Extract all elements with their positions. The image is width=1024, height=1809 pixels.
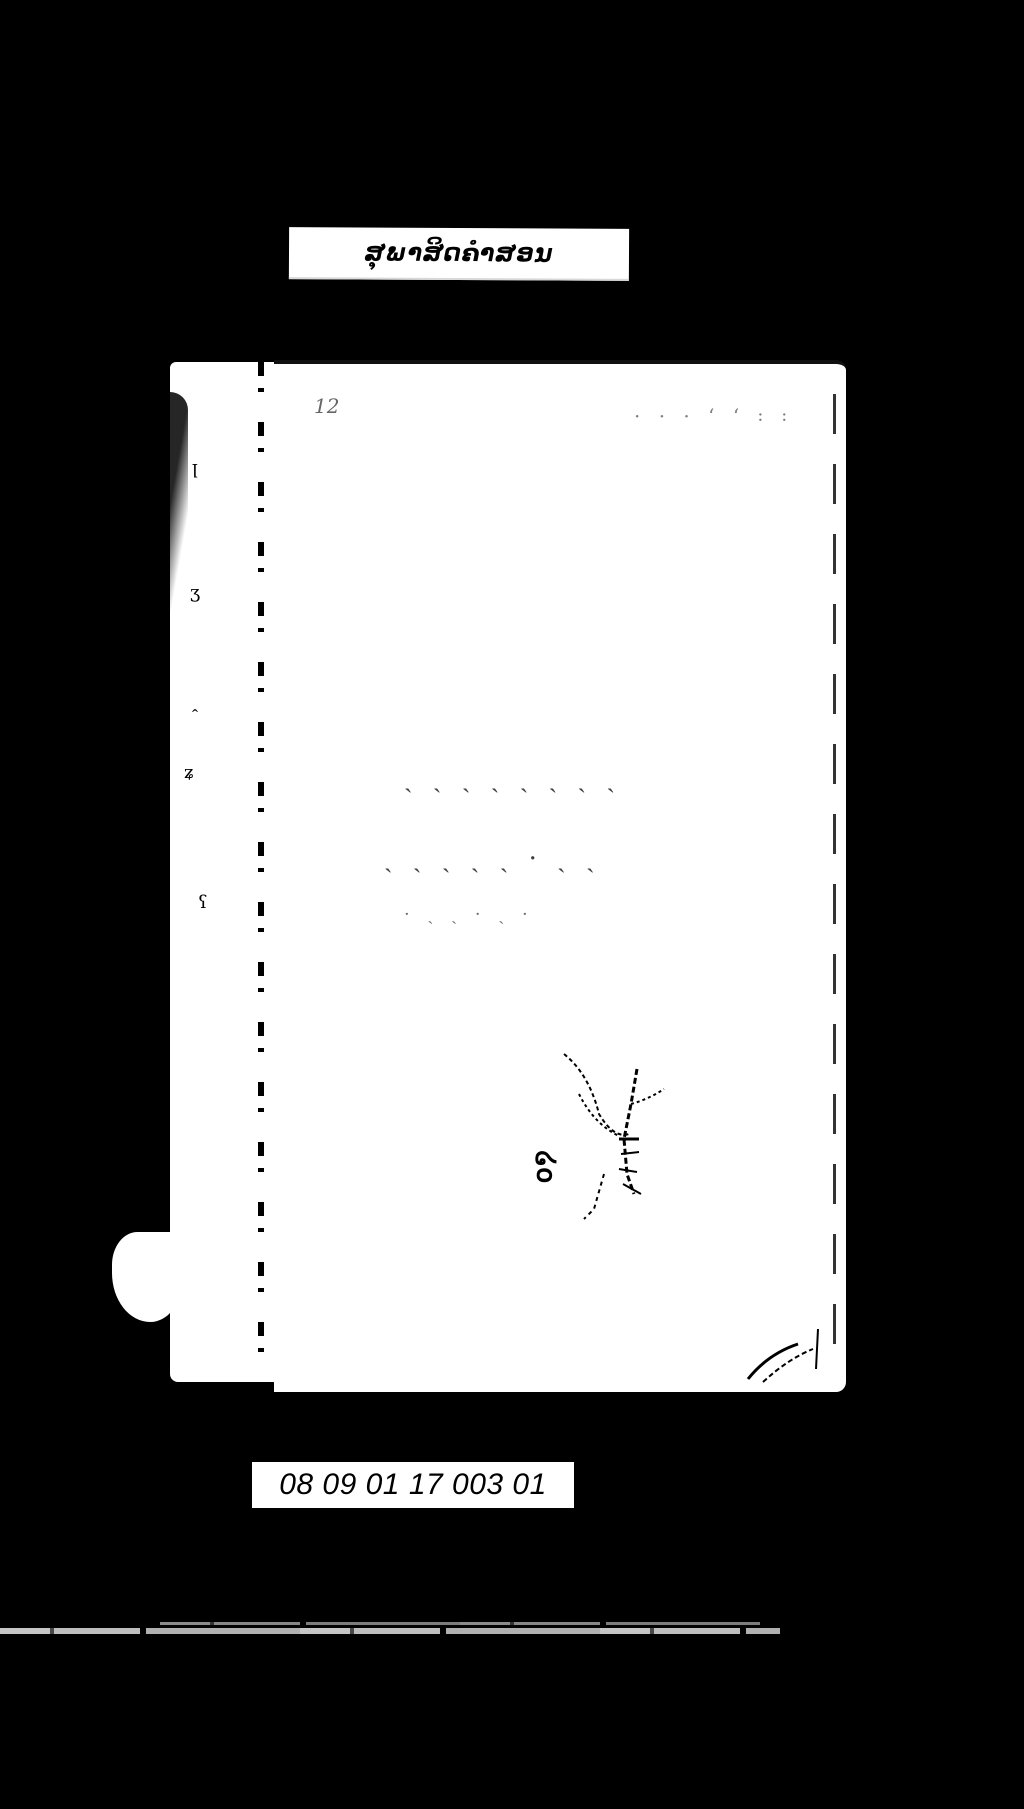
drawn-figure-icon: [559, 1044, 679, 1224]
catalog-number-label: 08 09 01 17 003 01: [252, 1462, 574, 1508]
manuscript-scan: ꞁ ʒ ꞈ ʑ ʕ 12 · · · ʻ ʻ ꞉ ꞉ ˎ ˏ ˎ ˏ ˏ ˎ ˏ…: [170, 360, 852, 1390]
spine-mark: ꞁ: [192, 457, 198, 478]
spine-mark: ʕ: [198, 892, 208, 913]
scan-artifact-line: [0, 1628, 780, 1634]
torn-flap: [112, 1232, 182, 1322]
page-number: ໒໐: [531, 1150, 561, 1183]
manuscript-cover: 12 · · · ʻ ʻ ꞉ ꞉ ˎ ˏ ˎ ˏ ˏ ˎ ˏ ˎ ˎ ˏ ˎ ˏ…: [274, 360, 846, 1392]
inscription-line-3: · ˏ ˎ · ˏ ·: [404, 904, 534, 925]
inscription-line-2: ˎ ˏ ˎ ˏ ˏ · ˎ ˏ: [384, 844, 601, 874]
spine-mark: ʒ: [190, 582, 200, 603]
inscription-line-1: ˎ ˏ ˎ ˏ ˏ ˎ ˏ ˎ: [404, 764, 621, 794]
title-label: ສຸພາສິດຄຳສອນ: [289, 227, 629, 281]
manuscript-spine: ꞁ ʒ ꞈ ʑ ʕ: [170, 362, 274, 1382]
catalog-number: 08 09 01 17 003 01: [279, 1468, 547, 1502]
scan-artifact-line: [160, 1622, 760, 1625]
manuscript-title: ສຸພາສິດຄຳສອນ: [365, 239, 554, 268]
corner-wear-marks: [738, 1324, 828, 1384]
spine-mark: ꞈ: [192, 692, 198, 713]
spine-mark: ʑ: [184, 762, 194, 783]
top-inscription: · · · ʻ ʻ ꞉ ꞉: [634, 404, 793, 429]
corner-number: 12: [314, 394, 339, 418]
spine-binding-line: [258, 362, 264, 1382]
